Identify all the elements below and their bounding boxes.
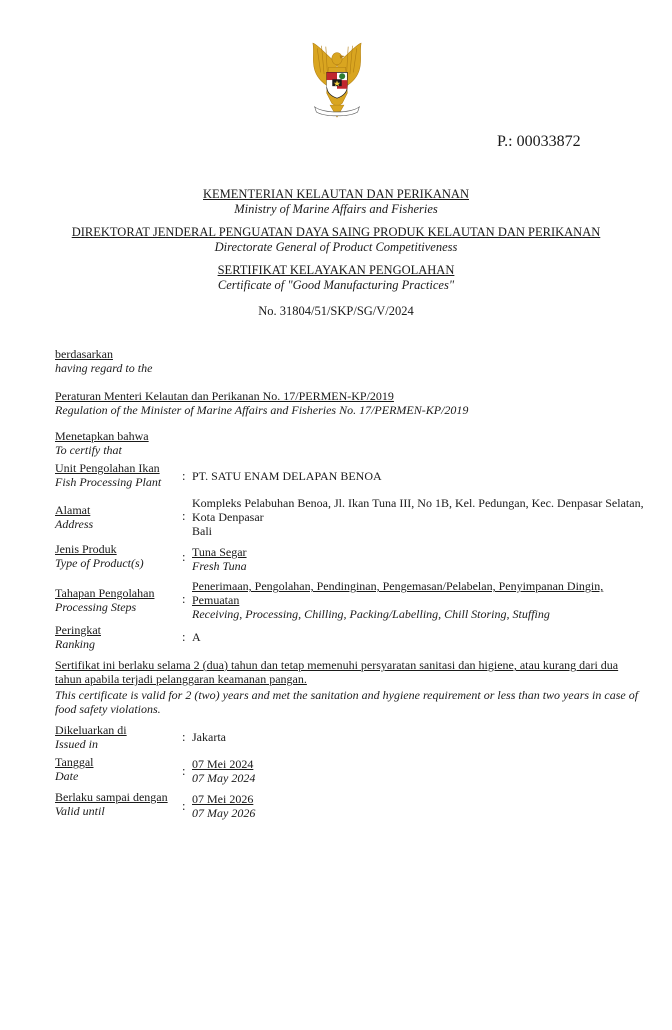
- valid-until-label-en: Valid until: [55, 805, 105, 819]
- validity-statement-line-1: Sertifikat ini berlaku selama 2 (dua) ta…: [55, 659, 618, 673]
- product-value-en: Fresh Tuna: [192, 560, 247, 574]
- basis-label: berdasarkan: [55, 348, 113, 362]
- product-value: Tuna Segar: [192, 546, 247, 560]
- colon: :: [182, 469, 185, 484]
- valid-until-value-en: 07 May 2026: [192, 807, 255, 821]
- ministry-name: KEMENTERIAN KELAUTAN DAN PERIKANAN: [0, 187, 672, 201]
- steps-value-en: Receiving, Processing, Chilling, Packing…: [192, 608, 550, 622]
- plant-label: Unit Pengolahan Ikan: [55, 462, 160, 476]
- product-label-en: Type of Product(s): [55, 557, 144, 571]
- ranking-label: Peringkat: [55, 624, 101, 638]
- regulation: Peraturan Menteri Kelautan dan Perikanan…: [55, 390, 394, 404]
- steps-label: Tahapan Pengolahan: [55, 587, 154, 601]
- ranking-label-en: Ranking: [55, 638, 95, 652]
- address-line-2: Kota Denpasar: [192, 511, 264, 525]
- address-line-1: Kompleks Pelabuhan Benoa, Jl. Ikan Tuna …: [192, 497, 644, 511]
- date-value-en: 07 May 2024: [192, 772, 255, 786]
- colon: :: [182, 630, 185, 645]
- steps-value-line-2: Pemuatan: [192, 594, 239, 608]
- colon: :: [182, 592, 185, 607]
- date-value: 07 Mei 2024: [192, 758, 253, 772]
- valid-until-label: Berlaku sampai dengan: [55, 791, 168, 805]
- ministry-name-en: Ministry of Marine Affairs and Fisheries: [0, 202, 672, 216]
- regulation-en: Regulation of the Minister of Marine Aff…: [55, 404, 468, 418]
- plant-label-en: Fish Processing Plant: [55, 476, 161, 490]
- certify-label-en: To certify that: [55, 444, 122, 458]
- directorate-name-en: Directorate General of Product Competiti…: [0, 240, 672, 254]
- date-label: Tanggal: [55, 756, 93, 770]
- certificate-title: SERTIFIKAT KELAYAKAN PENGOLAHAN: [0, 263, 672, 277]
- issued-in-label-en: Issued in: [55, 738, 98, 752]
- valid-until-value: 07 Mei 2026: [192, 793, 253, 807]
- validity-statement-en-line-2: food safety violations.: [55, 703, 161, 717]
- basis-label-en: having regard to the: [55, 362, 152, 376]
- colon: :: [182, 799, 185, 814]
- validity-statement-line-2: tahun apabila terjadi pelanggaran keaman…: [55, 673, 307, 687]
- steps-label-en: Processing Steps: [55, 601, 136, 615]
- certificate-number: No. 31804/51/SKP/SG/V/2024: [0, 304, 672, 318]
- steps-value-line-1: Penerimaan, Pengolahan, Pendinginan, Pen…: [192, 580, 603, 594]
- validity-statement-en-line-1: This certificate is valid for 2 (two) ye…: [55, 689, 638, 703]
- address-label: Alamat: [55, 504, 90, 518]
- garuda-emblem-icon: [294, 38, 380, 124]
- date-label-en: Date: [55, 770, 78, 784]
- issued-in-label: Dikeluarkan di: [55, 724, 127, 738]
- issued-in-value: Jakarta: [192, 731, 226, 745]
- address-label-en: Address: [55, 518, 93, 532]
- serial-number: P.: 00033872: [497, 133, 581, 151]
- certificate-title-en: Certificate of "Good Manufacturing Pract…: [0, 278, 672, 292]
- certify-label: Menetapkan bahwa: [55, 430, 149, 444]
- product-label: Jenis Produk: [55, 543, 117, 557]
- ranking-value: A: [192, 631, 201, 645]
- colon: :: [182, 509, 185, 524]
- directorate-name: DIREKTORAT JENDERAL PENGUATAN DAYA SAING…: [0, 225, 672, 239]
- plant-value: PT. SATU ENAM DELAPAN BENOA: [192, 470, 382, 484]
- colon: :: [182, 550, 185, 565]
- colon: :: [182, 764, 185, 779]
- address-line-3: Bali: [192, 525, 212, 539]
- colon: :: [182, 730, 185, 745]
